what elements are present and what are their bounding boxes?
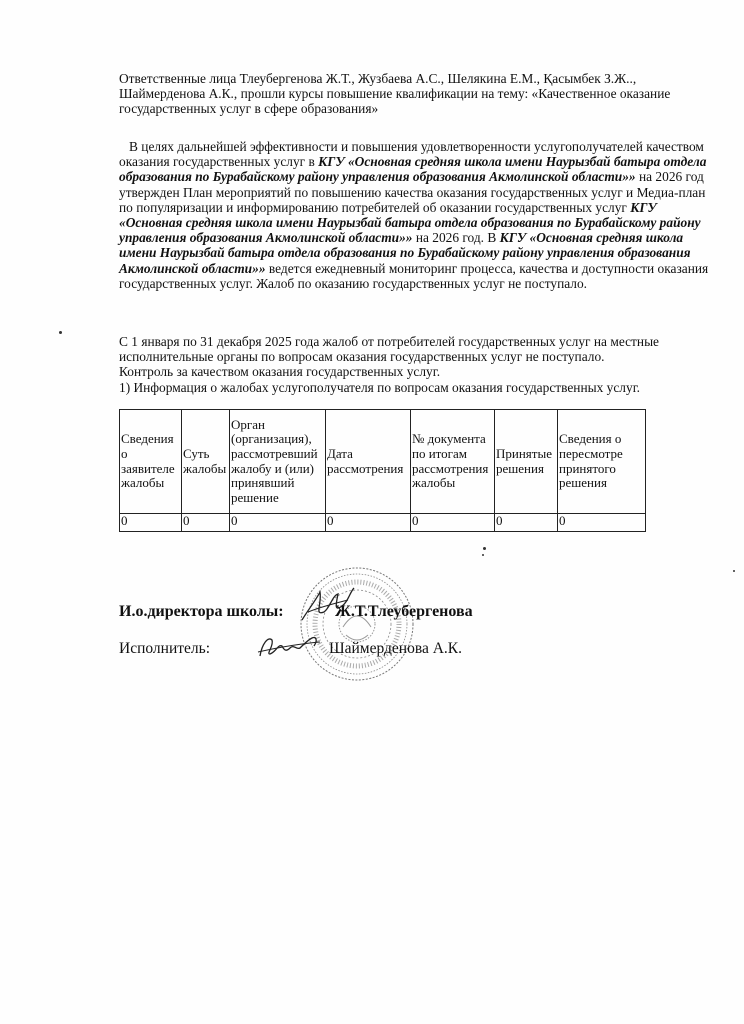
cell-review-date: 0: [326, 514, 411, 532]
director-label: И.о.директора школы:: [119, 603, 284, 621]
director-name: Ж.Т.Тлеубергенова: [335, 603, 473, 621]
cell-decisions: 0: [495, 514, 558, 532]
paragraph-measures: В целях дальнейшей эффективности и повыш…: [119, 139, 709, 291]
complaints-line-3: 1) Информация о жалобах услугополучателя…: [119, 380, 709, 395]
paragraph-complaints-summary: С 1 января по 31 декабря 2025 года жалоб…: [119, 334, 709, 395]
executor-name: Шаймерденова А.К.: [329, 640, 462, 658]
header-applicant-info: Сведения о заявителе жалобы: [120, 410, 182, 514]
measures-text-3: на 2026 год. В: [412, 230, 499, 245]
cell-revision-info: 0: [558, 514, 646, 532]
paragraph-responsible-persons: Ответственные лица Тлеубергенова Ж.Т., Ж…: [119, 71, 709, 117]
table-row: 0 0 0 0 0 0 0: [120, 514, 646, 532]
header-document-number: № документа по итогам рассмотрения жалоб…: [411, 410, 495, 514]
cell-applicant-info: 0: [120, 514, 182, 532]
executor-signature-icon: [256, 630, 326, 662]
cell-reviewing-body: 0: [230, 514, 326, 532]
table-header-row: Сведения о заявителе жалобы Суть жалобы …: [120, 410, 646, 514]
header-reviewing-body: Орган (организация), рассмотревший жалоб…: [230, 410, 326, 514]
cell-document-number: 0: [411, 514, 495, 532]
complaints-line-1: С 1 января по 31 декабря 2025 года жалоб…: [119, 334, 709, 364]
cell-complaint-essence: 0: [182, 514, 230, 532]
header-review-date: Дата рассмотрения: [326, 410, 411, 514]
scan-speck: [482, 554, 484, 556]
complaints-table: Сведения о заявителе жалобы Суть жалобы …: [119, 409, 646, 532]
scan-speck: [59, 331, 62, 334]
document-page: Ответственные лица Тлеубергенова Ж.Т., Ж…: [0, 0, 744, 1024]
header-decisions: Принятые решения: [495, 410, 558, 514]
header-complaint-essence: Суть жалобы: [182, 410, 230, 514]
scan-speck: [483, 547, 486, 550]
executor-label: Исполнитель:: [119, 640, 210, 658]
header-revision-info: Сведения о пересмотре принятого решения: [558, 410, 646, 514]
scan-speck: [733, 570, 735, 572]
complaints-line-2: Контроль за качеством оказания государст…: [119, 364, 709, 379]
